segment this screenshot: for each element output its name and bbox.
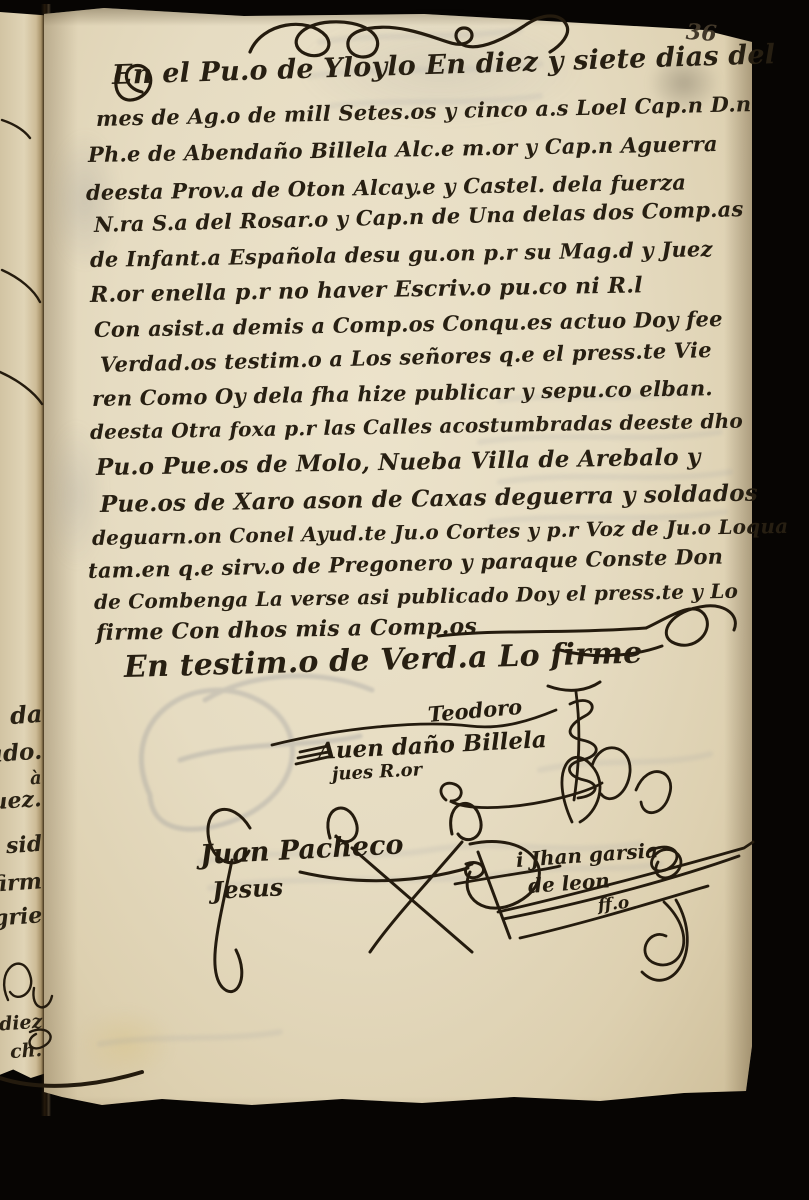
facing-page-word-fragment: firm: [0, 868, 43, 897]
facing-page-edge: da dado. à fuez. sid firm grie diez ch.: [0, 12, 44, 1078]
facing-page-word-fragment: da: [9, 699, 43, 730]
facing-page-word-fragment: fuez.: [0, 786, 43, 816]
facing-page-word-fragment: diez: [0, 1011, 43, 1036]
facing-page-word-fragment: ch.: [9, 1039, 42, 1063]
manuscript-photo: da dado. à fuez. sid firm grie diez ch.: [0, 0, 809, 1200]
signature-garcia-line: ff.o: [597, 893, 630, 916]
signature-pacheco-line: Jesus: [211, 872, 284, 905]
facing-page-word-fragment: grie: [0, 902, 43, 931]
facing-page-word-fragment: dado.: [0, 738, 43, 770]
facing-page-word-fragment: sid: [5, 831, 43, 859]
